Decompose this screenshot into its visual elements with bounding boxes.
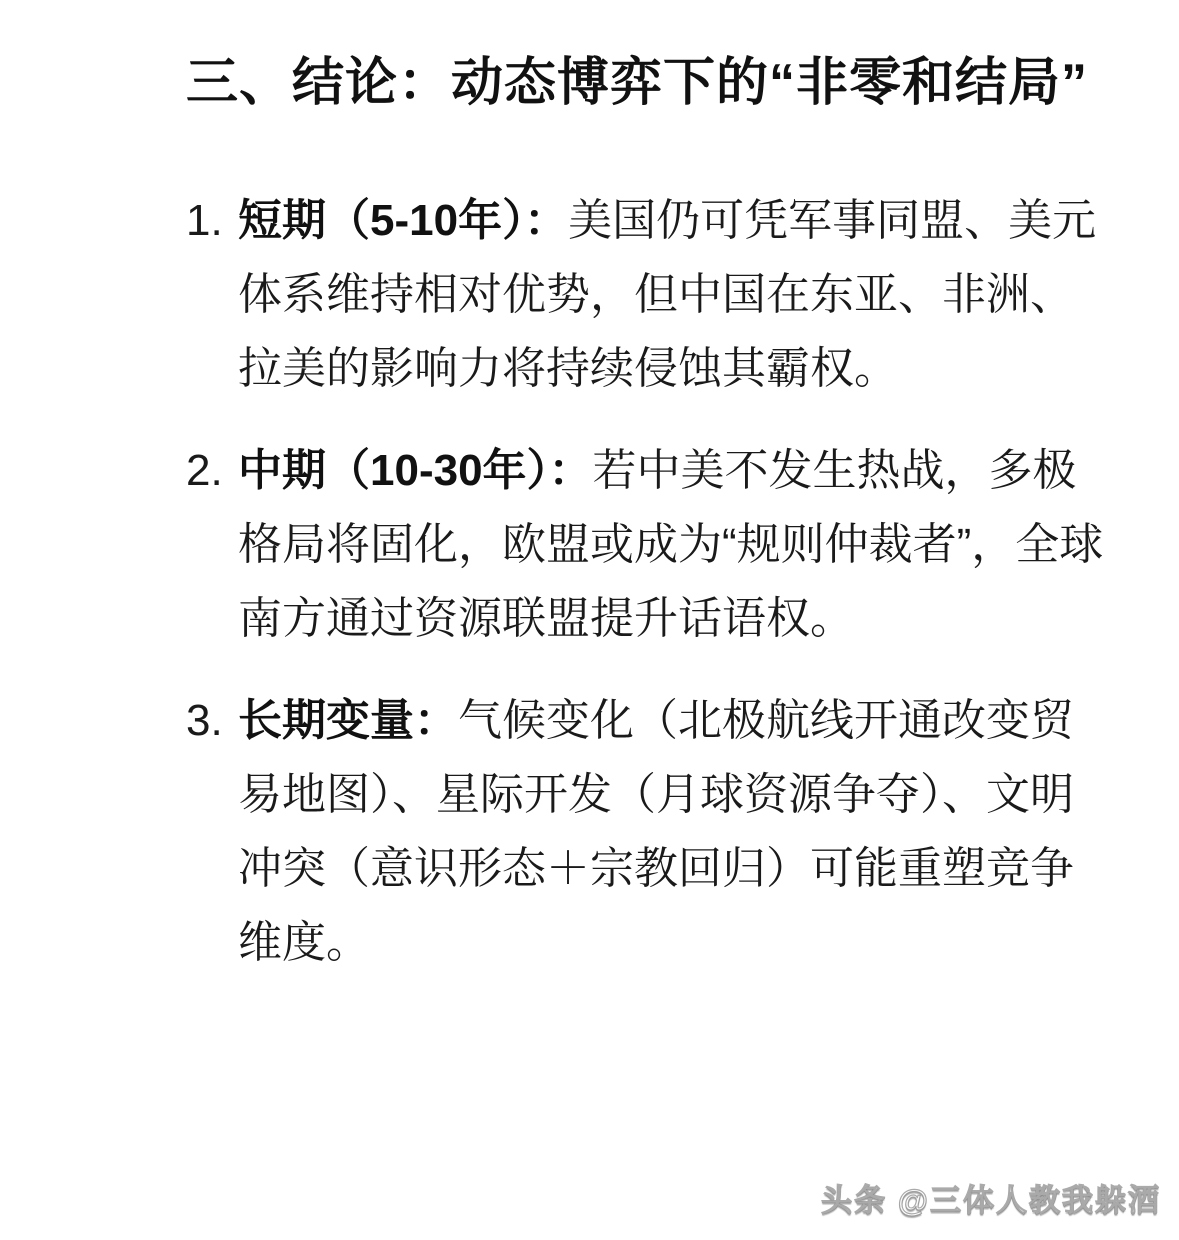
list-number: 3. xyxy=(186,684,238,758)
list-number: 1. xyxy=(186,184,238,258)
list-item-text: 长期变量：气候变化（北极航线开通改变贸易地图）、星际开发（月球资源争夺）、文明冲… xyxy=(238,684,1111,980)
list-item-lead: 短期（5-10年）： xyxy=(238,196,568,245)
list-number: 2. xyxy=(186,434,238,508)
list-item-mid-term: 2. 中期（10-30年）：若中美不发生热战，多极格局将固化，欧盟或成为“规则仲… xyxy=(186,434,1111,656)
list-item-short-term: 1. 短期（5-10年）：美国仍可凭军事同盟、美元体系维持相对优势，但中国在东亚… xyxy=(186,184,1111,406)
conclusion-list: 1. 短期（5-10年）：美国仍可凭军事同盟、美元体系维持相对优势，但中国在东亚… xyxy=(186,184,1111,980)
list-item-lead: 中期（10-30年）： xyxy=(238,446,593,495)
list-item-long-term: 3. 长期变量：气候变化（北极航线开通改变贸易地图）、星际开发（月球资源争夺）、… xyxy=(186,684,1111,980)
watermark: 头条 @三体人教我躲酒 xyxy=(821,1175,1161,1220)
section-heading: 三、结论：动态博弈下的“非零和结局” xyxy=(186,42,1111,124)
article-body: 三、结论：动态博弈下的“非零和结局” 1. 短期（5-10年）：美国仍可凭军事同… xyxy=(186,42,1111,980)
page: { "colors": { "background": "#ffffff", "… xyxy=(0,0,1179,1240)
list-item-text: 短期（5-10年）：美国仍可凭军事同盟、美元体系维持相对优势，但中国在东亚、非洲… xyxy=(238,184,1111,406)
list-item-text: 中期（10-30年）：若中美不发生热战，多极格局将固化，欧盟或成为“规则仲裁者”… xyxy=(238,434,1111,656)
list-item-lead: 长期变量： xyxy=(238,696,458,745)
